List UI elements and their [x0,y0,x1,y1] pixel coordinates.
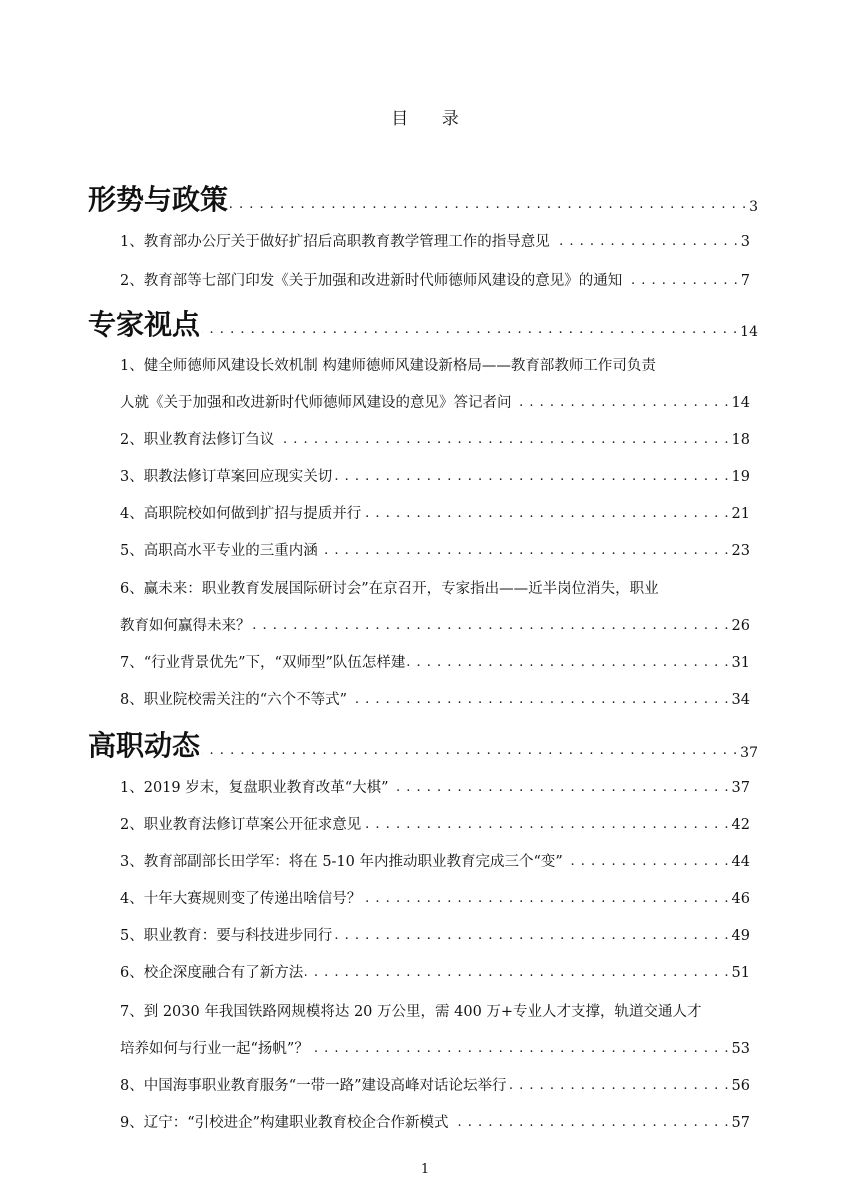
entry-title: 5、职业教育：要与科技进步同行 [120,925,332,947]
entry-title: 4、十年大赛规则变了传递出啥信号？ [120,888,361,910]
entry-title: 7、“行业背景优先”下，“双师型”队伍怎样建 [120,652,405,674]
dot-leader [391,777,730,799]
dot-leader [363,814,729,836]
toc-entry[interactable]: 2、职业教育法修订刍议 18 [120,429,750,451]
entry-page-number: 7 [741,270,750,292]
entry-page-number: 51 [732,962,750,984]
dot-leader [202,740,738,762]
toc-entry[interactable]: 2、教育部等七部门印发《关于加强和改进新时代师德师风建设的意见》的通知 7 [120,270,750,292]
entry-page-number: 18 [732,429,750,451]
toc-entry[interactable]: 教育如何赢得未来？ 26 [120,615,750,637]
dot-leader [276,429,729,451]
entry-page-number: 3 [741,231,750,253]
section-title: 专家视点 [88,307,200,343]
entry-title: 2、职业教育法修订草案公开征求意见 [120,814,361,836]
entry-title: 人就《关于加强和改进新时代师德师风建设的意见》答记者问 [120,392,512,414]
toc-section-heading[interactable]: 高职动态 37 [88,728,758,764]
dot-leader [334,466,729,488]
dot-leader [451,1112,730,1134]
entry-title-line1[interactable]: 7、到 2030 年我国铁路网规模将达 20 万公里，需 400 万+专业人才支… [120,1001,760,1023]
dot-leader [349,689,729,711]
toc-entry[interactable]: 3、职教法修订草案回应现实关切 19 [120,466,750,488]
entry-title: 教育如何赢得未来？ [120,615,251,637]
entry-page-number: 56 [732,1075,750,1097]
entry-page-number: 34 [732,689,750,711]
dot-leader [334,925,729,947]
entry-page-number: 53 [732,1038,750,1060]
entry-page-number: 42 [732,814,750,836]
entry-page-number: 44 [732,851,750,873]
entry-page-number: 14 [732,392,750,414]
entry-title-line1[interactable]: 1、健全师德师风建设长效机制 构建师德师风建设新格局——教育部教师工作司负责 [120,355,760,377]
entry-page-number: 21 [732,503,750,525]
toc-entry[interactable]: 1、2019 岁末，复盘职业教育改革“大棋” 37 [120,777,750,799]
toc-entry[interactable]: 5、职业教育：要与科技进步同行 49 [120,925,750,947]
dot-leader [624,270,739,292]
entry-page-number: 31 [732,652,750,674]
entry-title: 3、职教法修订草案回应现实关切 [120,466,332,488]
toc-section-heading[interactable]: 形势与政策 3 [88,182,758,218]
entry-title: 6、校企深度融合有了新方法 [120,962,303,984]
entry-page-number: 49 [732,925,750,947]
section-title: 形势与政策 [88,182,228,218]
toc-entry[interactable]: 8、职业院校需关注的“六个不等式” 34 [120,689,750,711]
toc-entry[interactable]: 2、职业教育法修订草案公开征求意见 42 [120,814,750,836]
entry-page-number: 19 [732,466,750,488]
entry-title: 2、职业教育法修订刍议 [120,429,274,451]
dot-leader [514,392,730,414]
entry-title: 8、中国海事职业教育服务“一带一路”建设高峰对话论坛举行 [120,1075,507,1097]
toc-entry[interactable]: 5、高职高水平专业的三重内涵 23 [120,540,750,562]
section-page-number: 3 [749,196,758,218]
dot-leader [311,1038,730,1060]
entry-title: 4、高职院校如何做到扩招与提质并行 [120,503,361,525]
toc-entry[interactable]: 4、高职院校如何做到扩招与提质并行 21 [120,503,750,525]
toc-entry[interactable]: 7、“行业背景优先”下，“双师型”队伍怎样建 31 [120,652,750,674]
entry-page-number: 57 [732,1112,750,1134]
entry-title: 8、职业院校需关注的“六个不等式” [120,689,347,711]
toc-title: 目 录 [0,104,850,129]
toc-entry[interactable]: 1、教育部办公厅关于做好扩招后高职教育教学管理工作的指导意见 3 [120,231,750,253]
dot-leader [552,231,739,253]
entry-title: 2、教育部等七部门印发《关于加强和改进新时代师德师风建设的意见》的通知 [120,270,622,292]
toc-entry[interactable]: 3、教育部副部长田学军：将在 5-10 年内推动职业教育完成三个“变” 44 [120,851,750,873]
entry-page-number: 37 [732,777,750,799]
dot-leader [253,615,730,637]
entry-title: 5、高职高水平专业的三重内涵 [120,540,318,562]
toc-entry[interactable]: 培养如何与行业一起“扬帆”？ 53 [120,1038,750,1060]
section-title: 高职动态 [88,728,200,764]
toc-entry[interactable]: 人就《关于加强和改进新时代师德师风建设的意见》答记者问 14 [120,392,750,414]
dot-leader [305,962,729,984]
entry-page-number: 23 [732,540,750,562]
entry-title: 培养如何与行业一起“扬帆”？ [120,1038,309,1060]
dot-leader [202,319,738,341]
toc-entry[interactable]: 4、十年大赛规则变了传递出啥信号？ 46 [120,888,750,910]
toc-entry[interactable]: 8、中国海事职业教育服务“一带一路”建设高峰对话论坛举行 56 [120,1075,750,1097]
page-number: 1 [0,1162,850,1177]
entry-title-line1[interactable]: 6、赢未来：职业教育发展国际研讨会”在京召开，专家指出——近半岗位消失，职业 [120,578,760,600]
dot-leader [565,851,730,873]
dot-leader [509,1075,730,1097]
entry-title: 1、2019 岁末，复盘职业教育改革“大棋” [120,777,389,799]
entry-page-number: 26 [732,615,750,637]
dot-leader [230,194,747,216]
entry-title: 3、教育部副部长田学军：将在 5-10 年内推动职业教育完成三个“变” [120,851,563,873]
dot-leader [407,652,729,674]
toc-entry[interactable]: 6、校企深度融合有了新方法 51 [120,962,750,984]
section-page-number: 37 [740,742,758,764]
entry-title: 1、教育部办公厅关于做好扩招后高职教育教学管理工作的指导意见 [120,231,550,253]
section-page-number: 14 [740,321,758,343]
entry-title: 9、辽宁：“引校进企”构建职业教育校企合作新模式 [120,1112,449,1134]
entry-page-number: 46 [732,888,750,910]
dot-leader [363,888,729,910]
dot-leader [320,540,730,562]
toc-entry[interactable]: 9、辽宁：“引校进企”构建职业教育校企合作新模式 57 [120,1112,750,1134]
dot-leader [363,503,729,525]
toc-section-heading[interactable]: 专家视点 14 [88,307,758,343]
